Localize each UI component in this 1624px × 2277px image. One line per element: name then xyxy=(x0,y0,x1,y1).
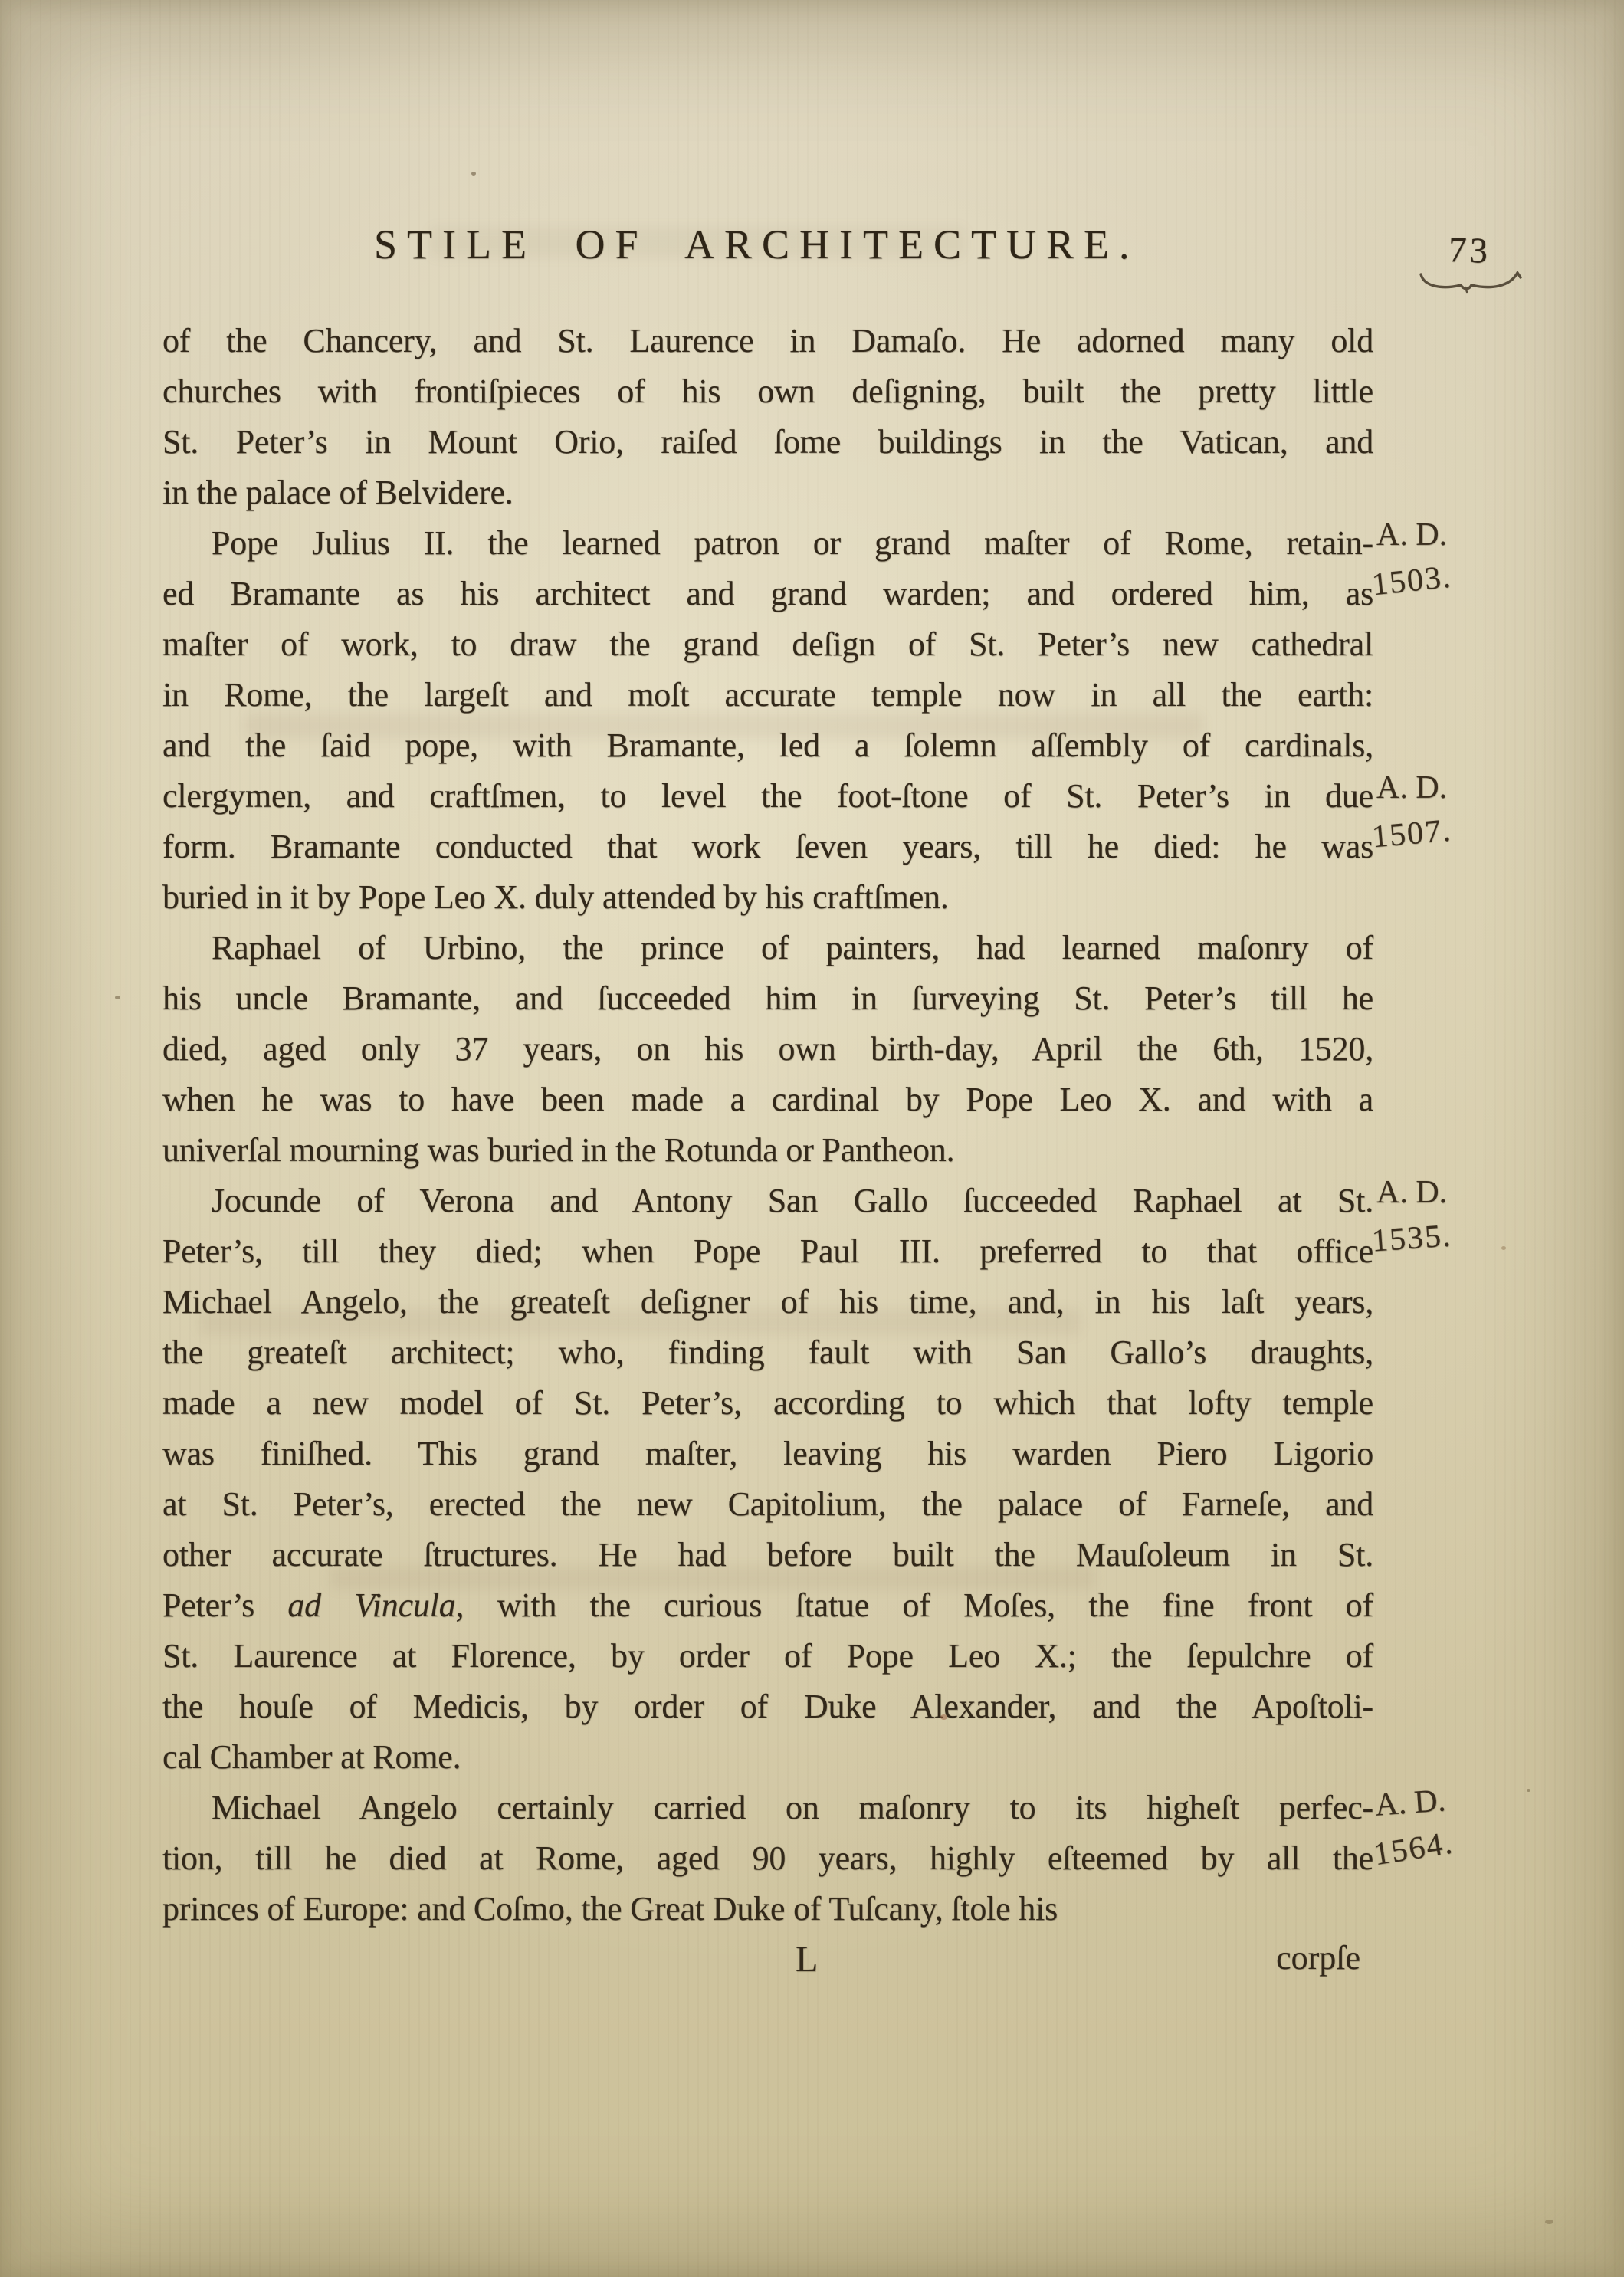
text-line: the greateſt architect; who, finding fau… xyxy=(162,1327,1373,1378)
paragraph: of the Chancery, and St. Laurence in Dam… xyxy=(162,316,1373,518)
text-line: tion, till he died at Rome, aged 90 year… xyxy=(162,1833,1373,1884)
text-line: the houſe of Medicis, by order of Duke A… xyxy=(162,1682,1373,1732)
book-page: STILE OF ARCHITECTURE. 73 of the Chancer… xyxy=(0,0,1624,2277)
text-line: when he was to have been made a cardinal… xyxy=(162,1075,1373,1125)
text-line: princes of Europe: and Coſmo, the Great … xyxy=(162,1884,1373,1934)
text-line: cal Chamber at Rome. xyxy=(162,1732,1373,1783)
text-line: ed Bramante as his architect and grand w… xyxy=(162,569,1373,619)
page-number: 73 xyxy=(1412,230,1527,296)
text-line: in the palace of Belvidere. xyxy=(162,468,1373,518)
text-line: his uncle Bramante, and ſucceeded him in… xyxy=(162,973,1373,1024)
text-line: Michael Angelo certainly carried on maſo… xyxy=(162,1783,1373,1833)
text-line: other accurate ſtructures. He had before… xyxy=(162,1530,1373,1580)
paper-speck xyxy=(115,996,120,999)
margin-note-year: 1507. xyxy=(1370,808,1454,861)
text-line: died, aged only 37 years, on his own bir… xyxy=(162,1024,1373,1075)
margin-note-date: A. D. 1535. xyxy=(1376,1170,1545,1262)
margin-note-date: A. D. 1503. xyxy=(1376,512,1545,604)
margin-note-year: 1564. xyxy=(1370,1820,1457,1878)
paper-speck xyxy=(940,1714,947,1720)
text-line: churches with frontiſpieces of his own d… xyxy=(162,366,1373,417)
paper-speck xyxy=(471,172,476,176)
margin-note-year: 1535. xyxy=(1370,1212,1453,1264)
margin-note-date: A. D. 1564. xyxy=(1373,1770,1548,1874)
paragraph: Raphael of Urbino, the prince of painter… xyxy=(162,923,1373,1176)
signature-mark: L xyxy=(796,1934,818,1985)
text-line: of the Chancery, and St. Laurence in Dam… xyxy=(162,316,1373,366)
text-line: univerſal mourning was buried in the Rot… xyxy=(162,1125,1373,1176)
text-line: in Rome, the largeſt and moſt accurate t… xyxy=(162,670,1373,720)
paragraph: Jocunde of Verona and Antony San Gallo ſ… xyxy=(162,1176,1373,1783)
italic-phrase: ad Vincula xyxy=(287,1586,455,1624)
text-line: Raphael of Urbino, the prince of painter… xyxy=(162,923,1373,973)
page-number-flourish-icon xyxy=(1416,270,1522,296)
text-line: Peter’s ad Vincula, with the curious ſta… xyxy=(162,1580,1373,1631)
margin-note-label: A. D. xyxy=(1376,512,1545,558)
text-line: and the ſaid pope, with Bramante, led a … xyxy=(162,720,1373,771)
paper-speck xyxy=(1527,1789,1530,1792)
page-title: STILE OF ARCHITECTURE. xyxy=(374,221,1217,268)
text-line: was finiſhed. This grand maſter, leaving… xyxy=(162,1429,1373,1479)
text-line: made a new model of St. Peter’s, accordi… xyxy=(162,1378,1373,1429)
text-line: at St. Peter’s, erected the new Capitoli… xyxy=(162,1479,1373,1530)
paragraph: Michael Angelo certainly carried on maſo… xyxy=(162,1783,1373,1934)
text-segment: Peter’s xyxy=(162,1586,287,1624)
margin-note-label: A. D. xyxy=(1376,1170,1545,1216)
text-line: Jocunde of Verona and Antony San Gallo ſ… xyxy=(162,1176,1373,1226)
text-line: form. Bramante conducted that work ſeven… xyxy=(162,822,1373,872)
margin-note-date: A. D. 1507. xyxy=(1376,765,1545,857)
catchword: corpſe xyxy=(1276,1933,1360,1983)
text-line: St. Peter’s in Mount Orio, raiſed ſome b… xyxy=(162,417,1373,468)
margin-note-label: A. D. xyxy=(1373,1770,1545,1828)
paper-speck xyxy=(1545,2220,1553,2224)
text-line: St. Laurence at Florence, by order of Po… xyxy=(162,1631,1373,1682)
body-text: of the Chancery, and St. Laurence in Dam… xyxy=(162,316,1373,1934)
text-line: Michael Angelo, the greateſt deſigner of… xyxy=(162,1277,1373,1327)
margin-note-label: A. D. xyxy=(1376,765,1545,811)
text-line: clergymen, and craftſmen, to level the f… xyxy=(162,771,1373,822)
text-line: maſter of work, to draw the grand deſign… xyxy=(162,619,1373,670)
margin-note-year: 1503. xyxy=(1370,554,1454,609)
text-line: buried in it by Pope Leo X. duly attende… xyxy=(162,872,1373,923)
paragraph: Pope Julius II. the learned patron or gr… xyxy=(162,518,1373,923)
text-segment: , with the curious ſtatue of Moſes, the … xyxy=(456,1586,1373,1624)
page-number-value: 73 xyxy=(1448,229,1491,272)
text-line: Peter’s, till they died; when Pope Paul … xyxy=(162,1226,1373,1277)
text-line: Pope Julius II. the learned patron or gr… xyxy=(162,518,1373,569)
paper-speck xyxy=(1501,1246,1506,1250)
